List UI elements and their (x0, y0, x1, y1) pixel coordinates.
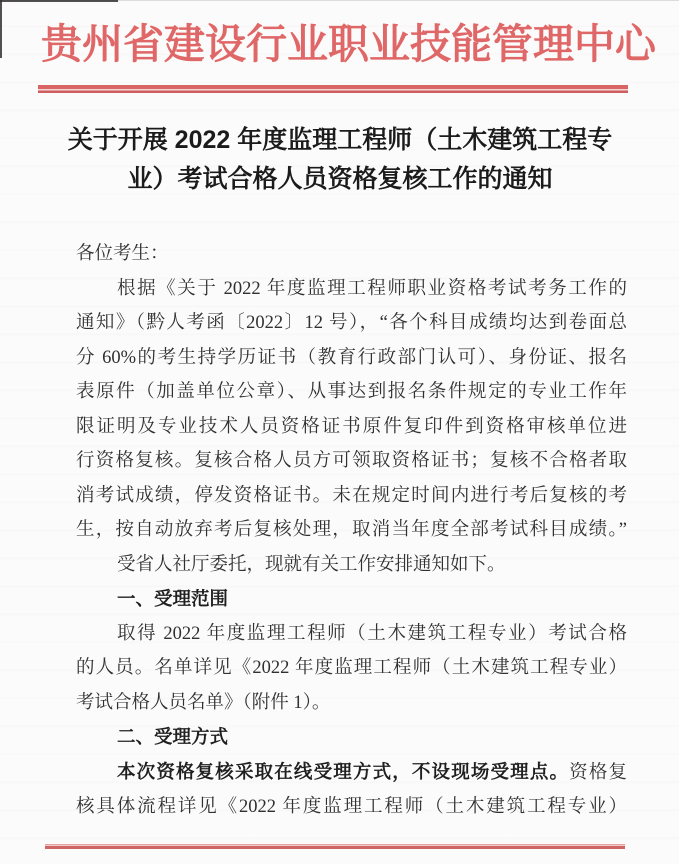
para-basis-line-6: 行资格复核。复核合格人员方可领取资格证书；复核不合格者取 (76, 444, 627, 479)
notice-title-line-1: 关于开展 2022 年度监理工程师（土木建筑工程专 (30, 121, 650, 160)
para-basis-line-5: 限证明及专业技术人员资格证书原件复印件到资格审核单位进 (76, 410, 627, 445)
para-basis-line-3: 分 60%的考生持学历证书（教育行政部门认可）、身份证、报名 (76, 341, 627, 376)
letterhead-org-name: 贵州省建设行业职业技能管理中心 (0, 14, 679, 74)
para-basis-line-8: 生，按自动放弃考后复核处理，取消当年度全部考试科目成绩。” (76, 513, 627, 548)
scan-edge-artifact-top (0, 0, 118, 2)
section-1-heading: 一、受理范围 (76, 582, 627, 617)
section-1-line-2: 的人员。名单详见《2022 年度监理工程师（土木建筑工程专业） (76, 651, 627, 686)
section-1-line-3: 考试合格人员名单》（附件 1）。 (76, 686, 627, 721)
notice-body: 各位考生： 根据《关于 2022 年度监理工程师职业资格考试考务工作的 通知》（… (76, 237, 627, 825)
notice-title-line-2: 业）考试合格人员资格复核工作的通知 (30, 160, 650, 199)
section-2-heading: 二、受理方式 (76, 720, 627, 755)
para-basis-line-1: 根据《关于 2022 年度监理工程师职业资格考试考务工作的 (76, 272, 627, 307)
footer-red-rule (45, 844, 625, 849)
para-basis-line-4: 表原件（加盖单位公章）、从事达到报名条件规定的专业工作年 (76, 375, 627, 410)
section-2-line-1-regular-part: 资格复 (569, 763, 627, 783)
notice-title: 关于开展 2022 年度监理工程师（土木建筑工程专 业）考试合格人员资格复核工作… (30, 121, 650, 199)
section-2-line-1-bold-part: 本次资格复核采取在线受理方式，不设现场受理点。 (117, 761, 569, 782)
section-1-line-1: 取得 2022 年度监理工程师（土木建筑工程专业）考试合格 (76, 617, 627, 652)
section-2-line-2: 核具体流程详见《2022 年度监理工程师（土木建筑工程专业） (76, 790, 627, 825)
letterhead-red-divider (38, 85, 628, 93)
salutation-line: 各位考生： (76, 237, 627, 272)
para-basis-line-7: 消考试成绩，停发资格证书。未在规定时间内进行考后复核的考 (76, 479, 627, 514)
section-2-line-1: 本次资格复核采取在线受理方式，不设现场受理点。资格复 (76, 755, 627, 791)
scanned-notice-page: 贵州省建设行业职业技能管理中心 关于开展 2022 年度监理工程师（土木建筑工程… (0, 0, 679, 864)
para-basis-line-2: 通知》（黔人考函〔2022〕12 号），“各个科目成绩均达到卷面总 (76, 306, 627, 341)
para-entrust-line: 受省人社厅委托，现就有关工作安排通知如下。 (76, 548, 627, 583)
